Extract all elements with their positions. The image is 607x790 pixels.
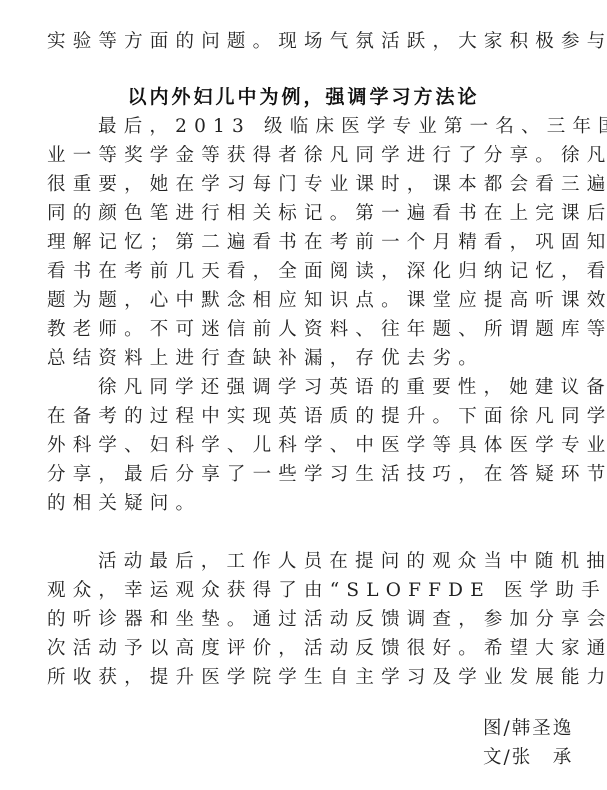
paragraph-line: 在备考的过程中实现英语质的提升。下面徐凡同学还就内科学、 (47, 402, 567, 431)
paragraph-line: 外科学、妇科学、儿科学、中医学等具体医学专业课进行了方法 (47, 431, 567, 460)
intro-line: 实验等方面的问题。现场气氛活跃，大家积极参与讨论。 (47, 27, 567, 56)
paragraph-line: 徐凡同学还强调学习英语的重要性，她建议备考托福，可以 (47, 373, 567, 402)
paragraph-line: 的听诊器和坐垫。通过活动反馈调查，参加分享会的同学们对本 (47, 605, 567, 634)
section-title: 以内外妇儿中为例，强调学习方法论 (0, 83, 607, 112)
paragraph-line: 理解记忆；第二遍看书在考前一个月精看，巩固知识点；第三遍 (47, 228, 567, 257)
paragraph-line: 分享，最后分享了一些学习生活技巧，在答疑环节回答了同学们 (47, 460, 567, 489)
paragraph-line: 观众，幸运观众获得了由“SLOFFDE 医学助手”SQTP 项目组提供 (47, 576, 567, 605)
paragraph-line: 所收获，提升医学院学生自主学习及学业发展能力！ (47, 663, 567, 692)
photo-credit: 图/韩圣逸 (483, 714, 573, 743)
paragraph-line: 最后，2013 级临床医学专业第一名、三年国家奖学金、学 (47, 112, 567, 141)
paragraph-line: 总结资料上进行查缺补漏，存优去劣。 (47, 344, 567, 373)
paragraph-line: 业一等奖学金等获得者徐凡同学进行了分享。徐凡同学强调书本 (47, 141, 567, 170)
text-credit: 文/张 承 (483, 743, 573, 772)
paragraph-line: 次活动予以高度评价，活动反馈很好。希望大家通过本次活动有 (47, 634, 567, 663)
paragraph-line: 同的颜色笔进行相关标记。第一遍看书在上完课后看，逐字逐句 (47, 199, 567, 228)
paragraph-line: 看书在考前几天看，全面阅读，深化归纳记忆，看书时以章节标 (47, 257, 567, 286)
paragraph-line: 很重要，她在学习每门专业课时，课本都会看三遍，每一遍用不 (47, 170, 567, 199)
paragraph-line: 教老师。不可迷信前人资料、往年题、所谓题库等，可以在前人 (47, 315, 567, 344)
paragraph-line: 的相关疑问。 (47, 489, 567, 518)
paragraph-line: 活动最后，工作人员在提问的观众当中随机抽取了 5 名幸运 (47, 547, 567, 576)
paragraph-line: 题为题，心中默念相应知识点。课堂应提高听课效率，课后多请 (47, 286, 567, 315)
